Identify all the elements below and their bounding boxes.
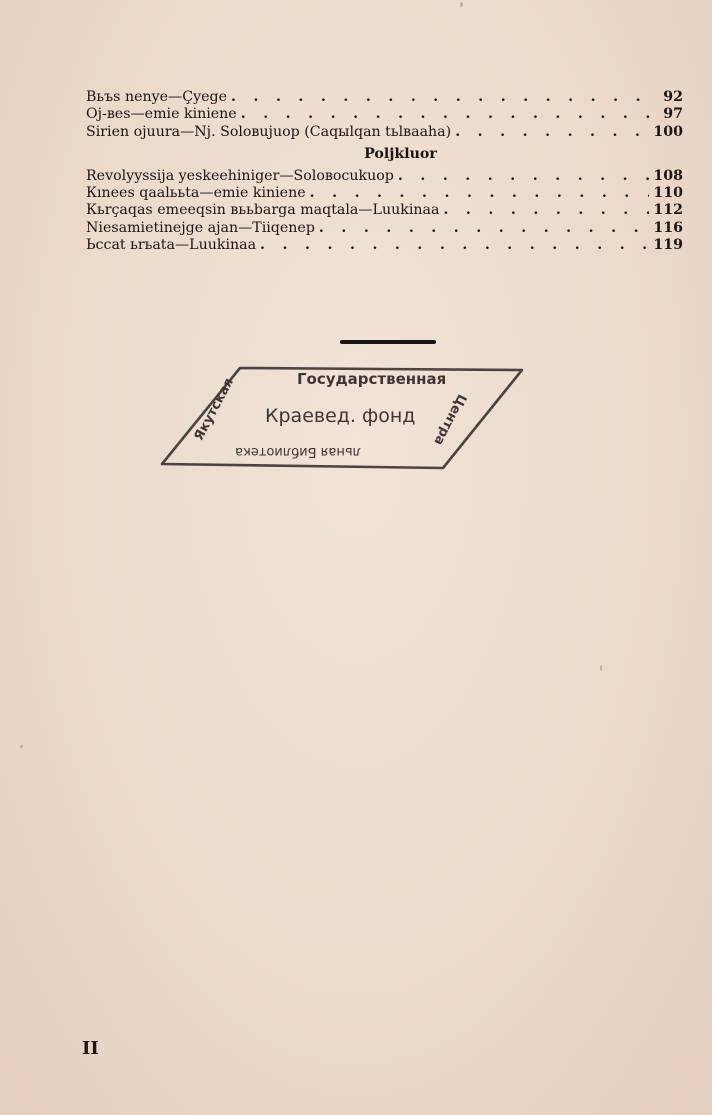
- page-folio: II: [82, 1038, 99, 1059]
- toc-entry-page: 112: [653, 202, 683, 219]
- toc-entry-page: 108: [653, 168, 683, 185]
- stamp-text-bottom: льная Библиотека: [235, 444, 361, 459]
- toc-entry-page: 97: [659, 106, 683, 123]
- toc-entry-page: 100: [653, 124, 683, 141]
- dot-leader: [398, 168, 650, 185]
- section-heading: Poljkluor: [86, 146, 683, 163]
- toc-entry: Sirien ojuura—Nj. Solовujuop (Caqыlqan t…: [86, 124, 683, 141]
- separator-rule: [340, 340, 436, 344]
- toc-entry: Кьrçaqas emeeqsin вььbarga maqtala—Luuki…: [86, 202, 683, 219]
- toc-entry: Ьccat ьrьata—Luukinaa 119: [86, 237, 683, 254]
- toc-entry-title: Revolyyssija yeskeehiniger—Solовосukuop: [86, 168, 394, 185]
- dot-leader: [231, 89, 655, 106]
- toc-entry-title: Sirien ojuura—Nj. Solовujuop (Caqыlqan t…: [86, 124, 451, 141]
- toc-entry-page: 119: [653, 237, 683, 254]
- library-stamp: Государственная Краевед. фонд Якутская Ц…: [160, 360, 530, 475]
- paper-speck: [600, 665, 602, 671]
- dot-leader: [319, 220, 649, 237]
- toc-entry-title: Кınees qaalььta—emie kiniene: [86, 185, 306, 202]
- toc-entry-page: 92: [659, 89, 683, 106]
- toc-entry-page: 110: [653, 185, 683, 202]
- paper-speck: [460, 2, 463, 7]
- stamp-text-top: Государственная: [297, 370, 446, 388]
- toc-entry-page: 116: [653, 220, 683, 237]
- toc-entry-title: Вьъs nenye—Çyege: [86, 89, 227, 106]
- stamp-text-middle: Краевед. фонд: [265, 405, 415, 427]
- toc-entry: Вьъs nenye—Çyege 92: [86, 89, 683, 106]
- dot-leader: [260, 237, 649, 254]
- paper-speck: [20, 745, 23, 748]
- dot-leader: [310, 185, 650, 202]
- toc-entry-title: Кьrçaqas emeeqsin вььbarga maqtala—Luuki…: [86, 202, 439, 219]
- dot-leader: [241, 106, 655, 123]
- dot-leader: [455, 124, 649, 141]
- toc-entry-title: Oj-вes—emie kiniene: [86, 106, 237, 123]
- toc-entry: Niesamietinejge ajan—Tiiqenep 116: [86, 220, 683, 237]
- dot-leader: [443, 202, 649, 219]
- table-of-contents: Вьъs nenye—Çyege 92 Oj-вes—emie kiniene …: [86, 89, 683, 255]
- toc-entry: Revolyyssija yeskeehiniger—Solовосukuop …: [86, 168, 683, 185]
- toc-entry-title: Niesamietinejge ajan—Tiiqenep: [86, 220, 315, 237]
- toc-entry: Oj-вes—emie kiniene 97: [86, 106, 683, 123]
- toc-entry-title: Ьccat ьrьata—Luukinaa: [86, 237, 256, 254]
- toc-entry: Кınees qaalььta—emie kiniene 110: [86, 185, 683, 202]
